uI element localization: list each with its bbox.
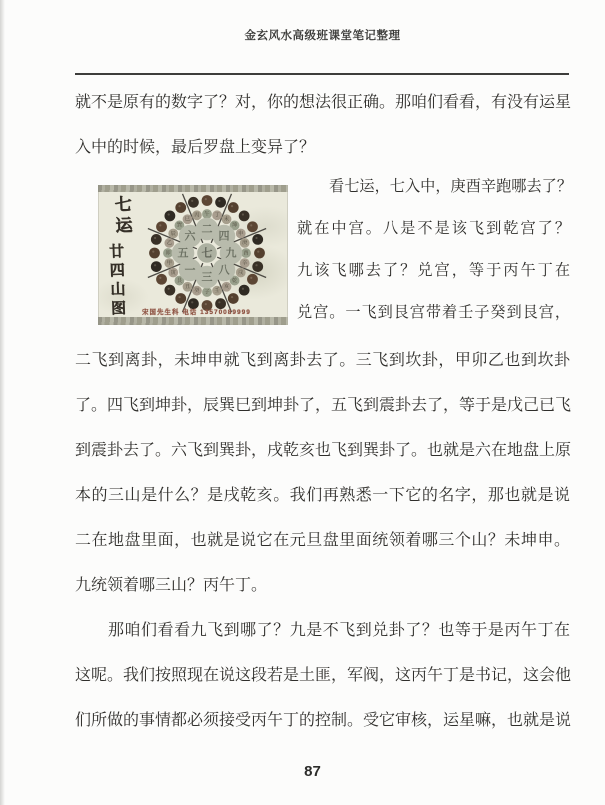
svg-text:辰: 辰: [171, 229, 176, 237]
svg-text:六: 六: [185, 229, 197, 243]
svg-text:五: 五: [178, 247, 189, 260]
svg-text:甲: 甲: [167, 258, 172, 266]
svg-text:乙: 乙: [167, 239, 172, 246]
svg-text:七: 七: [202, 246, 213, 260]
svg-text:癸: 癸: [194, 286, 200, 294]
svg-text:一: 一: [185, 264, 196, 276]
svg-text:巳: 巳: [185, 216, 190, 223]
figure-title-24-mountains: 廿四山图: [105, 243, 129, 320]
body-line: 了。四飞到坤卦，辰巽巳到坤卦了，五飞到震卦去了，等于是戊己已飞: [75, 395, 570, 417]
svg-text:丙: 丙: [194, 212, 199, 219]
svg-text:卯: 卯: [165, 248, 170, 256]
body-line: 本的三山是什么？是戌乾亥。我们再熟悉一下它的名字，那也就是说: [75, 485, 570, 507]
figure-title-period: 七运: [108, 195, 134, 238]
svg-text:九: 九: [226, 246, 237, 260]
figure-watermark: 宋国先生科 电话 13570089999: [142, 307, 251, 316]
page-header-title: 金玄风水高级班课堂笔记整理: [75, 27, 570, 43]
svg-text:子: 子: [204, 287, 209, 295]
luopan-figure: 丙午丁未坤申庚酉辛戌乾亥壬子癸丑艮寅甲卯乙辰巽巳二四九八三一五六七 七运 廿四山…: [98, 185, 288, 325]
page-number: 87: [20, 763, 605, 783]
svg-text:庚: 庚: [242, 238, 248, 246]
body-line: 们所做的事情都必须接受丙午丁的控制。受它审核，运星嘛，也就是说: [75, 710, 570, 732]
document-page: 金玄风水高级班课堂笔记整理 就不是原有的数字了？对，你的想法很正确。那咱们看看，…: [0, 0, 605, 805]
body-line: 就在中宫。八是不是该飞到乾宫了？: [297, 218, 570, 240]
svg-text:亥: 亥: [224, 282, 229, 290]
svg-text:寅: 寅: [171, 268, 177, 276]
body-line: 这呢。我们按照现在说这段若是土匪，军阀，这丙午丁是书记，这会他: [75, 665, 570, 687]
body-line: 看七运，七入中，庚酉辛跑哪去了？: [329, 176, 570, 198]
body-line: 九统领着哪三山？丙午丁。: [75, 575, 570, 597]
svg-text:午: 午: [204, 209, 209, 217]
svg-text:坤: 坤: [232, 221, 237, 229]
svg-text:申: 申: [238, 229, 243, 237]
body-line: 入中的时候，最后罗盘上变异了？: [75, 137, 570, 159]
svg-text:二: 二: [202, 223, 213, 236]
body-line: 二在地盘里面，也就是说它在元旦盘里面统领着哪三个山？未坤申。: [75, 530, 570, 552]
body-line: 二飞到离卦，未坤申就飞到离卦去了。三飞到坎卦，甲卯乙也到坎卦: [75, 350, 570, 372]
svg-text:辛: 辛: [242, 258, 247, 266]
svg-text:丁: 丁: [214, 212, 219, 219]
svg-text:戌: 戌: [238, 268, 244, 276]
body-line: 九该飞哪去了？兑宫，等于丙午丁在: [297, 260, 570, 282]
body-line: 那咱们看看九飞到哪了？九是不飞到兑卦了？也等于是丙午丁在: [108, 620, 570, 642]
svg-text:丑: 丑: [185, 282, 190, 290]
svg-text:巽: 巽: [177, 221, 183, 229]
svg-text:酉: 酉: [243, 248, 248, 256]
body-line: 就不是原有的数字了？对，你的想法很正确。那咱们看看，有没有运星: [75, 92, 570, 114]
svg-text:未: 未: [224, 215, 230, 223]
svg-text:四: 四: [218, 230, 229, 243]
svg-text:壬: 壬: [214, 286, 219, 294]
svg-text:三: 三: [202, 271, 213, 284]
body-line: 到震卦去了。六飞到巽卦，戌乾亥也飞到巽卦了。也就是六在地盘上原: [75, 440, 570, 462]
body-line: 兑宫。一飞到艮宫带着壬子癸到艮宫，: [297, 302, 570, 324]
header-divider: [75, 73, 569, 75]
svg-text:八: 八: [218, 263, 230, 276]
scan-edge-artifact: [0, 0, 5, 805]
